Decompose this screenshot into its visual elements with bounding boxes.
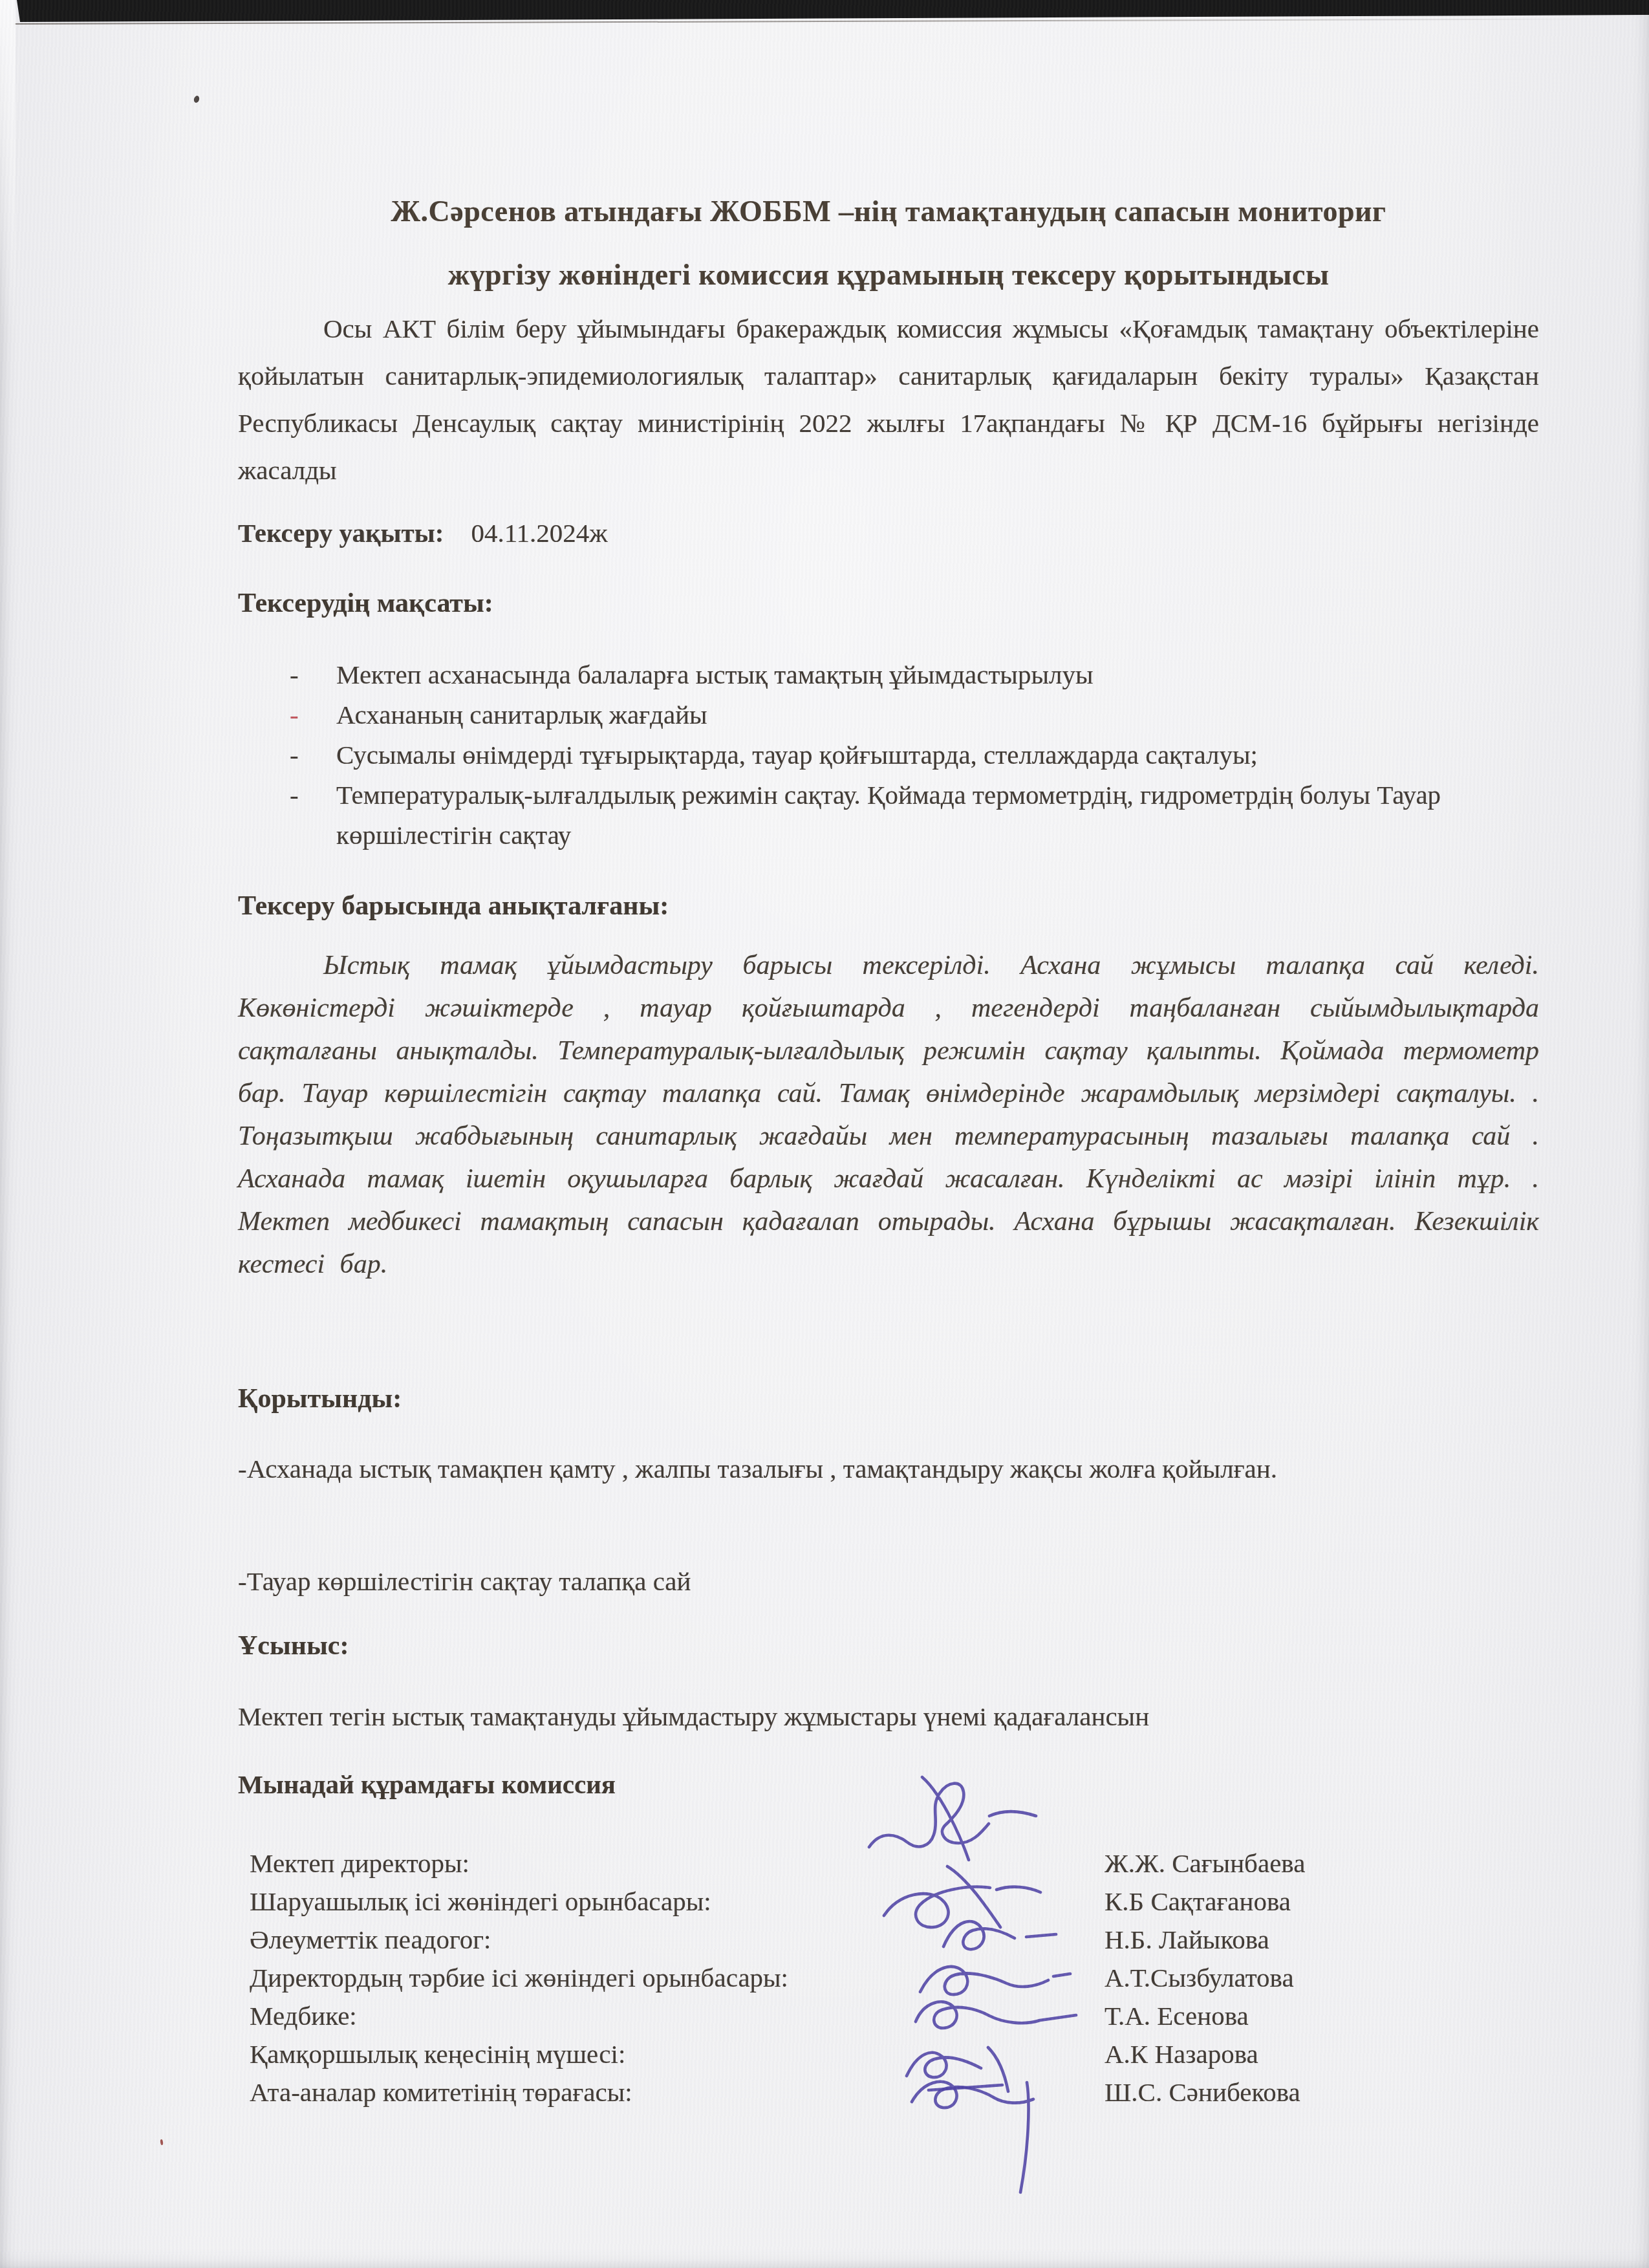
member-name: А.Т.Сызбулатова — [1105, 1959, 1294, 1997]
member-role: Директордың тәрбие ісі жөніндегі орынбас… — [238, 1959, 1105, 1997]
member-role: Мектеп директоры: — [238, 1844, 1105, 1883]
dust-speck — [160, 2139, 163, 2145]
list-item: - Сусымалы өнімдерді тұғырықтарда, тауар… — [238, 735, 1539, 775]
conclusion-item: -Тауар көршілестігін сақтау талапқа сай — [238, 1559, 1539, 1604]
intro-paragraph: Осы АКТ білім беру ұйымындағы бракеражды… — [238, 305, 1539, 494]
member-name: Ш.С. Сәнибекова — [1105, 2073, 1300, 2111]
commission-row: Мектеп директоры: Ж.Ж. Сағынбаева — [238, 1844, 1539, 1883]
suggestion-text: Мектеп тегін ыстық тамақтануды ұйымдасты… — [238, 1698, 1539, 1734]
document-title-line-2: жүргізу жөніндегі комиссия құрамының тек… — [238, 259, 1539, 291]
commission-list: Мектеп директоры: Ж.Ж. Сағынбаева Шаруаш… — [238, 1844, 1539, 2111]
bullet-dash: - — [238, 695, 336, 735]
bullet-dash: - — [238, 735, 336, 775]
commission-row: Медбике: Т.А. Есенова — [238, 1997, 1539, 2035]
commission-row: Ата-аналар комитетінің төрағасы: Ш.С. Сә… — [238, 2073, 1539, 2111]
commission-row: Директордың тәрбие ісі жөніндегі орынбас… — [238, 1959, 1539, 1997]
scanner-left-strip — [0, 0, 16, 336]
list-item: - Асхананың санитарлық жағдайы — [238, 695, 1539, 735]
bullet-text: Асхананың санитарлық жағдайы — [336, 695, 1539, 735]
member-name: К.Б Сақтағанова — [1105, 1883, 1291, 1921]
check-time-label: Тексеру уақыты: — [238, 518, 444, 548]
commission-heading: Мынадай құрамдағы комиссия — [238, 1767, 1539, 1802]
dust-speck — [193, 95, 200, 103]
bullet-text: Температуралық-ылғалдылық режимін сақтау… — [336, 775, 1539, 855]
bullet-text: Сусымалы өнімдерді тұғырықтарда, тауар қ… — [336, 735, 1539, 775]
commission-row: Шаруашылық ісі жөніндегі орынбасары: К.Б… — [238, 1883, 1539, 1921]
document-title-line-1: Ж.Сәрсенов атындағы ЖОББМ –нің тамақтану… — [238, 195, 1539, 228]
suggestion-heading: Ұсыныс: — [238, 1628, 1539, 1663]
scanned-document-page: Ж.Сәрсенов атындағы ЖОББМ –нің тамақтану… — [0, 0, 1649, 2268]
conclusion-heading: Қорытынды: — [238, 1381, 1539, 1416]
member-role: Қамқоршылық кеңесінің мүшесі: — [238, 2035, 1105, 2073]
bullet-dash: - — [238, 775, 336, 855]
member-role: Шаруашылық ісі жөніндегі орынбасары: — [238, 1883, 1105, 1921]
list-item: - Температуралық-ылғалдылық режимін сақт… — [238, 775, 1539, 855]
commission-row: Қамқоршылық кеңесінің мүшесі: А.К Назаро… — [238, 2035, 1539, 2073]
member-role: Әлеуметтік пеадогог: — [238, 1921, 1105, 1959]
purpose-heading: Тексерудің мақсаты: — [238, 586, 1539, 621]
conclusion-item: -Асханада ыстық тамақпен қамту , жалпы т… — [238, 1446, 1505, 1491]
member-role: Медбике: — [238, 1997, 1105, 2035]
member-name: Ж.Ж. Сағынбаева — [1105, 1844, 1305, 1883]
list-item: - Мектеп асханасында балаларға ыстық там… — [238, 654, 1539, 695]
check-time-value: 04.11.2024ж — [471, 518, 607, 548]
bullet-dash: - — [238, 654, 336, 695]
commission-row: Әлеуметтік пеадогог: Н.Б. Лайыкова — [238, 1921, 1539, 1959]
check-time-line: Тексеру уақыты:04.11.2024ж — [238, 515, 1539, 551]
member-name: А.К Назарова — [1105, 2035, 1258, 2073]
bullet-text: Мектеп асханасында балаларға ыстық тамақ… — [336, 654, 1539, 695]
member-name: Н.Б. Лайыкова — [1105, 1921, 1269, 1959]
member-name: Т.А. Есенова — [1105, 1997, 1249, 2035]
purpose-list: - Мектеп асханасында балаларға ыстық там… — [238, 654, 1539, 855]
findings-paragraph: Ыстық тамақ ұйымдастыру барысы тексерілд… — [238, 944, 1539, 1286]
member-role: Ата-аналар комитетінің төрағасы: — [238, 2073, 1105, 2111]
findings-heading: Тексеру барысында анықталғаны: — [238, 889, 1539, 923]
